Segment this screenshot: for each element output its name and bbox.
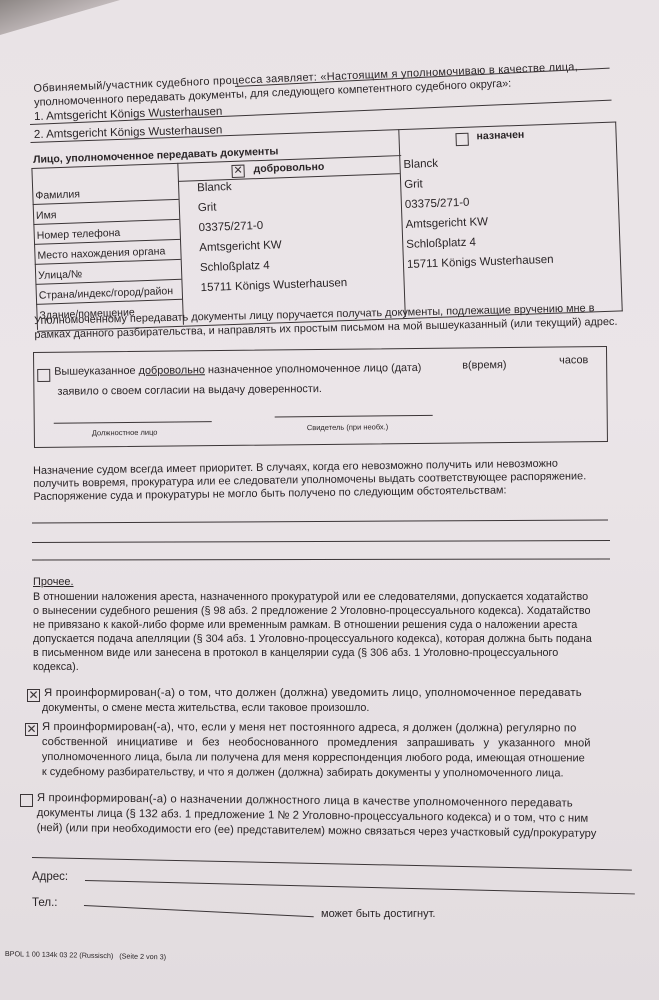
other-line-2: о вынесении судебного решения (§ 98 абз.… [33,604,591,619]
time-label: в(время) [462,358,506,373]
appointed-label: назначен [476,129,524,143]
witness-signature-line[interactable] [275,415,433,418]
reason-line-3[interactable] [32,558,610,560]
ack-2-line-4: к судебному разбирательству, и что я дол… [42,765,564,781]
voluntary-checkbox[interactable]: ✕ [231,165,244,178]
form-code: BPOL 1 00 134k 03 22 (Russisch) (Seite 2… [5,949,166,961]
consent-text-voluntary: добровольно [139,364,205,377]
other-line-6: кодекса). [33,660,79,675]
official-signature-label: Должностное лицо [92,428,158,438]
consent-line-2: заявило о своем согласии на выдачу довер… [57,382,322,400]
other-line-4: допускается подача апелляции (§ 304 абз.… [33,632,592,647]
ack-1-line-2: документы, о смене места жительства, есл… [42,701,369,716]
voluntary-phone: 03375/271-0 [198,220,263,234]
voluntary-street: Schloßplatz 4 [200,260,270,274]
ack-1-checkbox[interactable]: ✕ [27,689,40,702]
reason-line-1[interactable] [32,519,608,523]
row-label-surname: Фамилия [35,188,80,202]
reachable-text: может быть достигнут. [321,907,435,922]
document-page: Обвиняемый/участник судебного процесса з… [0,0,659,1000]
appointed-checkbox[interactable] [455,133,468,146]
address-label: Адрес: [32,870,68,885]
ack-2-line-2: собственной инициативе и без необоснован… [42,735,591,751]
ack-2-checkbox[interactable]: ✕ [25,723,38,736]
consent-text: Вышеуказанное добровольно назначенное уп… [54,361,421,380]
ack-2-line-1: Я проинформирован(-а), что, если у меня … [42,720,577,736]
consent-text-part: назначенное уполномоченное лицо (дата) [205,362,422,376]
official-signature-line[interactable] [54,421,212,424]
row-label-first-name: Имя [36,209,57,222]
name-line[interactable] [32,857,632,871]
other-line-5: в письменном виде или занесена в протоко… [33,646,558,661]
ack-1-line-1: Я проинформирован(-а) о том, что должен … [44,686,582,701]
other-title: Прочее. [33,575,74,590]
voluntary-label: добровольно [253,161,324,175]
ack-2-line-3: уполномоченного лица, была ли получена д… [42,750,585,766]
phone-label: Тел.: [32,896,58,911]
appointed-surname: Blanck [403,158,438,171]
appointed-first-name: Grit [404,178,423,191]
page-number: (Seite 2 von 3) [119,951,166,961]
consent-box: Вышеуказанное добровольно назначенное уп… [33,346,608,448]
authorized-person-table: Лицо, уполномоченное передавать документ… [30,108,622,328]
other-line-1: В отношении наложения ареста, назначенно… [33,590,588,605]
row-label-street: Улица/№ [38,268,82,282]
voluntary-first-name: Grit [198,202,217,215]
phone-line[interactable] [84,905,314,917]
appointed-phone: 03375/271-0 [405,197,470,211]
form-code-text: BPOL 1 00 134k 03 22 (Russisch) [5,949,114,960]
consent-text-part: Вышеуказанное [54,365,138,378]
appointed-street: Schloßplatz 4 [406,237,476,251]
voluntary-surname: Blanck [197,181,232,194]
ack-3-checkbox[interactable] [20,794,33,807]
reason-line-2[interactable] [32,540,610,543]
other-line-3: не привязано к какой-либо форме или врем… [33,618,577,633]
hours-label: часов [559,353,588,368]
consent-checkbox[interactable] [37,369,50,382]
address-line[interactable] [85,880,635,894]
witness-signature-label: Свидетель (при необх.) [307,422,388,432]
